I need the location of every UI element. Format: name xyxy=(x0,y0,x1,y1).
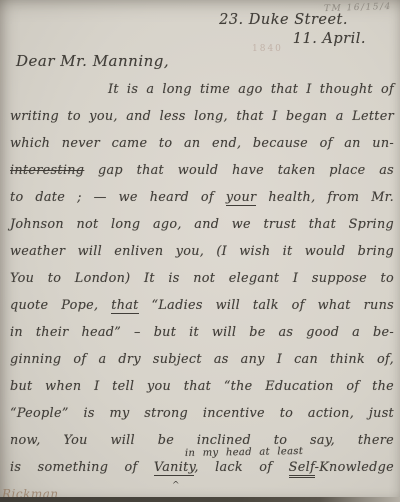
letter-line-segment: Vanity xyxy=(154,460,195,476)
letter-line-segment: -Knowledge xyxy=(315,460,394,475)
letter-line: ginning of a dry subject as any I can th… xyxy=(10,346,394,373)
letter-line: but when I tell you that “the Education … xyxy=(10,373,394,400)
letter-line-segment: ginning of a dry subject as any I can th… xyxy=(10,352,394,367)
letter-line-segment: is something of xyxy=(10,460,154,475)
interline-insertion: in my head at least xyxy=(185,446,303,459)
letter-body: It is a long time ago that I thought ofw… xyxy=(10,76,394,481)
letter-scan-page: TM 16/15/4 23. Duke Street. 11. April. 1… xyxy=(0,0,400,502)
letter-line-segment: “Ladies will talk of what runs xyxy=(139,298,394,313)
letter-line-segment: to date ; — we heard of xyxy=(10,190,226,205)
letter-line-segment: Johnson not long ago, and we trust that … xyxy=(10,217,394,232)
letter-line: “People” is my strong incentive to actio… xyxy=(10,400,394,427)
page-edge-shadow xyxy=(0,497,400,502)
letter-line-segment: It is a long time ago that I thought of xyxy=(108,82,394,97)
letter-line-segment: health, from Mr. xyxy=(256,190,394,205)
letter-line: interesting gap that would have taken pl… xyxy=(10,157,394,184)
letter-line: You to London) It is not elegant I suppo… xyxy=(10,265,394,292)
letter-line: to date ; — we heard of your health, fro… xyxy=(10,184,394,211)
date-line: 11. April. xyxy=(293,31,366,47)
letter-line-segment: interesting xyxy=(10,163,84,178)
letter-line-segment: writing to you, and less long, that I be… xyxy=(10,109,394,124)
letter-line-segment: “People” is my strong incentive to actio… xyxy=(10,406,394,421)
letter-line-segment: but when I tell you that “the Education … xyxy=(10,379,394,394)
letter-line-segment: in their head” – but it will be as good … xyxy=(10,325,394,340)
letter-line: which never came to an end, because of a… xyxy=(10,130,394,157)
salutation: Dear Mr. Manning, xyxy=(16,52,169,70)
letter-line-segment: which never came to an end, because of a… xyxy=(10,136,394,151)
letter-line-segment: You to London) It is not elegant I suppo… xyxy=(10,271,394,286)
letter-line-segment: quote Pope, xyxy=(10,298,111,313)
letter-line: Johnson not long ago, and we trust that … xyxy=(10,211,394,238)
pencil-year-annotation: 1840 xyxy=(252,44,283,54)
letter-line: in their head” – but it will be as good … xyxy=(10,319,394,346)
letter-line-segment: weather will enliven you, (I wish it wou… xyxy=(10,244,394,259)
letter-line: writing to you, and less long, that I be… xyxy=(10,103,394,130)
letter-line: weather will enliven you, (I wish it wou… xyxy=(10,238,394,265)
letter-line-segment: that xyxy=(111,298,138,314)
letter-line-segment: gap that would have taken place as xyxy=(84,163,394,178)
letter-line-segment: Self xyxy=(289,460,315,478)
caret-mark: ^ xyxy=(172,481,180,491)
letter-line-segment: your xyxy=(226,190,257,206)
letter-line: quote Pope, that “Ladies will talk of wh… xyxy=(10,292,394,319)
letter-line-segment: now, You will be inclined to say, there xyxy=(10,433,394,448)
letter-line-segment: , lack of xyxy=(194,460,288,475)
address-line: 23. Duke Street. xyxy=(219,12,348,28)
letter-line: It is a long time ago that I thought of xyxy=(10,76,394,103)
